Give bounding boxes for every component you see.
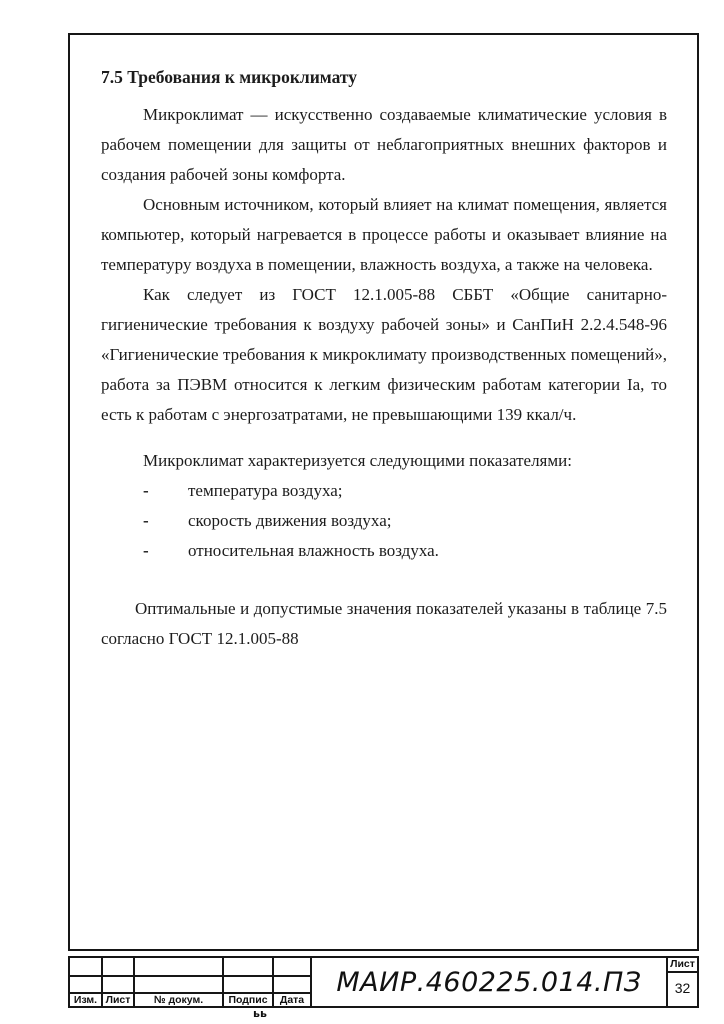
title-block: Изм. Лист № докум. Подпис Дата МАИР.4602… (68, 956, 699, 1008)
paragraph-3: Как следует из ГОСТ 12.1.005-88 СББТ «Об… (101, 280, 667, 430)
stamp-empty-cell (103, 977, 133, 992)
stamp-empty-cell (224, 958, 272, 975)
list-item-text: относительная влажность воздуха. (188, 536, 439, 566)
list-dash-marker: - (101, 506, 188, 536)
stamp-empty-cell (135, 958, 222, 975)
list-item: - относительная влажность воздуха. (101, 536, 667, 566)
list-item: - температура воздуха; (101, 476, 667, 506)
page-frame: 7.5 Требования к микроклимату Микроклима… (68, 33, 699, 951)
stamp-label-podpis: Подпис (224, 994, 272, 1006)
stamp-label-izm: Изм. (70, 994, 101, 1006)
stamp-empty-cell (70, 958, 101, 975)
stamp-empty-cell (224, 977, 272, 992)
stamp-empty-cell (103, 958, 133, 975)
list-item-text: скорость движения воздуха; (188, 506, 391, 536)
stamp-empty-cell (135, 977, 222, 992)
paragraph-1: Микроклимат — искусственно создаваемые к… (101, 100, 667, 190)
stamp-empty-cell (274, 958, 310, 975)
stamp-empty-cell (70, 977, 101, 992)
title-block-grid: Изм. Лист № докум. Подпис Дата (68, 956, 312, 1008)
stamp-label-dokum: № докум. (135, 994, 222, 1006)
paragraph-2: Основным источником, который влияет на к… (101, 190, 667, 280)
list-dash-marker: - (101, 536, 188, 566)
sheet-number: 32 (668, 973, 697, 1003)
closing-paragraph: Оптимальные и допустимые значения показа… (101, 594, 667, 654)
sheet-label: Лист (668, 958, 697, 973)
section-title: 7.5 Требования к микроклимату (101, 62, 667, 92)
sheet-cell: Лист 32 (666, 956, 699, 1008)
list-item: - скорость движения воздуха; (101, 506, 667, 536)
list-intro: Микроклимат характеризуется следующими п… (101, 446, 667, 476)
list-item-text: температура воздуха; (188, 476, 343, 506)
podpis-overflow-text: ьь (236, 1007, 284, 1020)
page-content: 7.5 Требования к микроклимату Микроклима… (101, 62, 667, 654)
list-dash-marker: - (101, 476, 188, 506)
stamp-label-data: Дата (274, 994, 310, 1006)
document-code: МАИР.460225.014.ПЗ (310, 956, 668, 1008)
stamp-empty-cell (274, 977, 310, 992)
document-page: 7.5 Требования к микроклимату Микроклима… (0, 0, 724, 1024)
stamp-label-list: Лист (103, 994, 133, 1006)
